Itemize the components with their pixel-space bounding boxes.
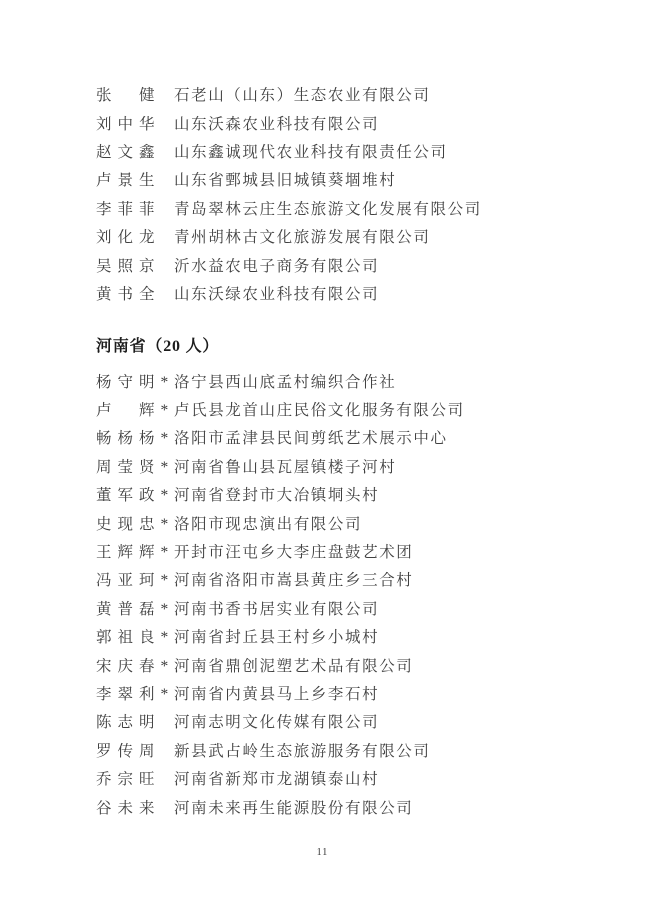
- section-shandong: 张 健 石老山（山东）生态农业有限公司 刘中华 山东沃森农业科技有限公司 赵文鑫…: [96, 80, 625, 307]
- list-item: 乔宗旺 河南省新郑市龙湖镇泰山村: [96, 764, 625, 792]
- person-name: 杨守明*: [96, 370, 174, 392]
- list-item: 周莹贤* 河南省鲁山县瓦屋镇楼子河村: [96, 452, 625, 480]
- list-item: 罗传周 新县武占岭生态旅游服务有限公司: [96, 736, 625, 764]
- person-name: 冯亚珂*: [96, 568, 174, 590]
- section-title: 河南省（20 人）: [96, 333, 219, 356]
- person-name: 刘化龙: [96, 225, 174, 247]
- person-name: 罗传周: [96, 739, 174, 761]
- organization-name: 新县武占岭生态旅游服务有限公司: [174, 739, 431, 761]
- list-item: 冯亚珂* 河南省洛阳市嵩县黄庄乡三合村: [96, 565, 625, 593]
- organization-name: 卢氏县龙首山庄民俗文化服务有限公司: [174, 398, 465, 420]
- list-item: 王辉辉* 开封市汪屯乡大李庄盘鼓艺术团: [96, 537, 625, 565]
- organization-name: 河南省鲁山县瓦屋镇楼子河村: [174, 455, 396, 477]
- organization-name: 河南未来再生能源股份有限公司: [174, 796, 413, 818]
- organization-name: 青岛翠林云庄生态旅游文化发展有限公司: [174, 197, 482, 219]
- person-name: 王辉辉*: [96, 540, 174, 562]
- page-content: 张 健 石老山（山东）生态农业有限公司 刘中华 山东沃森农业科技有限公司 赵文鑫…: [96, 80, 625, 821]
- organization-name: 河南省洛阳市嵩县黄庄乡三合村: [174, 568, 413, 590]
- person-name: 赵文鑫: [96, 140, 174, 162]
- list-item: 畅杨杨* 洛阳市孟津县民间剪纸艺术展示中心: [96, 423, 625, 451]
- person-name: 董军政*: [96, 483, 174, 505]
- organization-name: 山东沃绿农业科技有限公司: [174, 282, 379, 304]
- organization-name: 河南省鼎创泥塑艺术品有限公司: [174, 654, 413, 676]
- person-name: 卢 辉*: [96, 398, 174, 420]
- list-item: 李翠利* 河南省内黄县马上乡李石村: [96, 679, 625, 707]
- list-item: 谷未来 河南未来再生能源股份有限公司: [96, 792, 625, 820]
- list-item: 宋庆春* 河南省鼎创泥塑艺术品有限公司: [96, 650, 625, 678]
- person-name: 谷未来: [96, 796, 174, 818]
- section-henan: 杨守明* 洛宁县西山底孟村编织合作社 卢 辉* 卢氏县龙首山庄民俗文化服务有限公…: [96, 367, 625, 821]
- list-item: 刘化龙 青州胡林古文化旅游发展有限公司: [96, 222, 625, 250]
- organization-name: 石老山（山东）生态农业有限公司: [174, 83, 431, 105]
- person-name: 周莹贤*: [96, 455, 174, 477]
- organization-name: 山东鑫诚现代农业科技有限责任公司: [174, 140, 448, 162]
- person-name: 陈志明: [96, 710, 174, 732]
- organization-name: 山东沃森农业科技有限公司: [174, 112, 379, 134]
- organization-name: 青州胡林古文化旅游发展有限公司: [174, 225, 431, 247]
- organization-name: 沂水益农电子商务有限公司: [174, 254, 379, 276]
- organization-name: 河南书香书居实业有限公司: [174, 597, 379, 619]
- person-name: 宋庆春*: [96, 654, 174, 676]
- list-item: 张 健 石老山（山东）生态农业有限公司: [96, 80, 625, 108]
- organization-name: 河南省内黄县马上乡李石村: [174, 682, 379, 704]
- person-name: 李菲菲: [96, 197, 174, 219]
- organization-name: 河南省新郑市龙湖镇泰山村: [174, 767, 379, 789]
- person-name: 卢景生: [96, 168, 174, 190]
- person-name: 郭祖良*: [96, 625, 174, 647]
- organization-name: 河南志明文化传媒有限公司: [174, 710, 379, 732]
- list-item: 赵文鑫 山东鑫诚现代农业科技有限责任公司: [96, 137, 625, 165]
- person-name: 畅杨杨*: [96, 426, 174, 448]
- list-item: 杨守明* 洛宁县西山底孟村编织合作社: [96, 367, 625, 395]
- person-name: 黄普磊*: [96, 597, 174, 619]
- list-item: 卢 辉* 卢氏县龙首山庄民俗文化服务有限公司: [96, 395, 625, 423]
- organization-name: 洛宁县西山底孟村编织合作社: [174, 370, 396, 392]
- organization-name: 洛阳市现忠演出有限公司: [174, 512, 362, 534]
- organization-name: 山东省鄄城县旧城镇葵堌堆村: [174, 168, 396, 190]
- person-name: 黄书全: [96, 282, 174, 304]
- page-number: 11: [0, 847, 645, 858]
- document-page: 张 健 石老山（山东）生态农业有限公司 刘中华 山东沃森农业科技有限公司 赵文鑫…: [0, 0, 645, 914]
- organization-name: 洛阳市孟津县民间剪纸艺术展示中心: [174, 426, 448, 448]
- list-item: 黄书全 山东沃绿农业科技有限公司: [96, 279, 625, 307]
- list-item: 刘中华 山东沃森农业科技有限公司: [96, 108, 625, 136]
- list-item: 黄普磊* 河南书香书居实业有限公司: [96, 594, 625, 622]
- person-name: 张 健: [96, 83, 174, 105]
- section-header-henan: 河南省（20 人）: [96, 330, 625, 358]
- list-item: 郭祖良* 河南省封丘县王村乡小城村: [96, 622, 625, 650]
- list-item: 李菲菲 青岛翠林云庄生态旅游文化发展有限公司: [96, 194, 625, 222]
- organization-name: 开封市汪屯乡大李庄盘鼓艺术团: [174, 540, 413, 562]
- list-item: 陈志明 河南志明文化传媒有限公司: [96, 707, 625, 735]
- person-name: 史现忠*: [96, 512, 174, 534]
- list-item: 吴照京 沂水益农电子商务有限公司: [96, 250, 625, 278]
- list-item: 卢景生 山东省鄄城县旧城镇葵堌堆村: [96, 165, 625, 193]
- person-name: 吴照京: [96, 254, 174, 276]
- list-item: 董军政* 河南省登封市大冶镇垌头村: [96, 480, 625, 508]
- person-name: 乔宗旺: [96, 767, 174, 789]
- organization-name: 河南省封丘县王村乡小城村: [174, 625, 379, 647]
- person-name: 李翠利*: [96, 682, 174, 704]
- organization-name: 河南省登封市大冶镇垌头村: [174, 483, 379, 505]
- person-name: 刘中华: [96, 112, 174, 134]
- list-item: 史现忠* 洛阳市现忠演出有限公司: [96, 508, 625, 536]
